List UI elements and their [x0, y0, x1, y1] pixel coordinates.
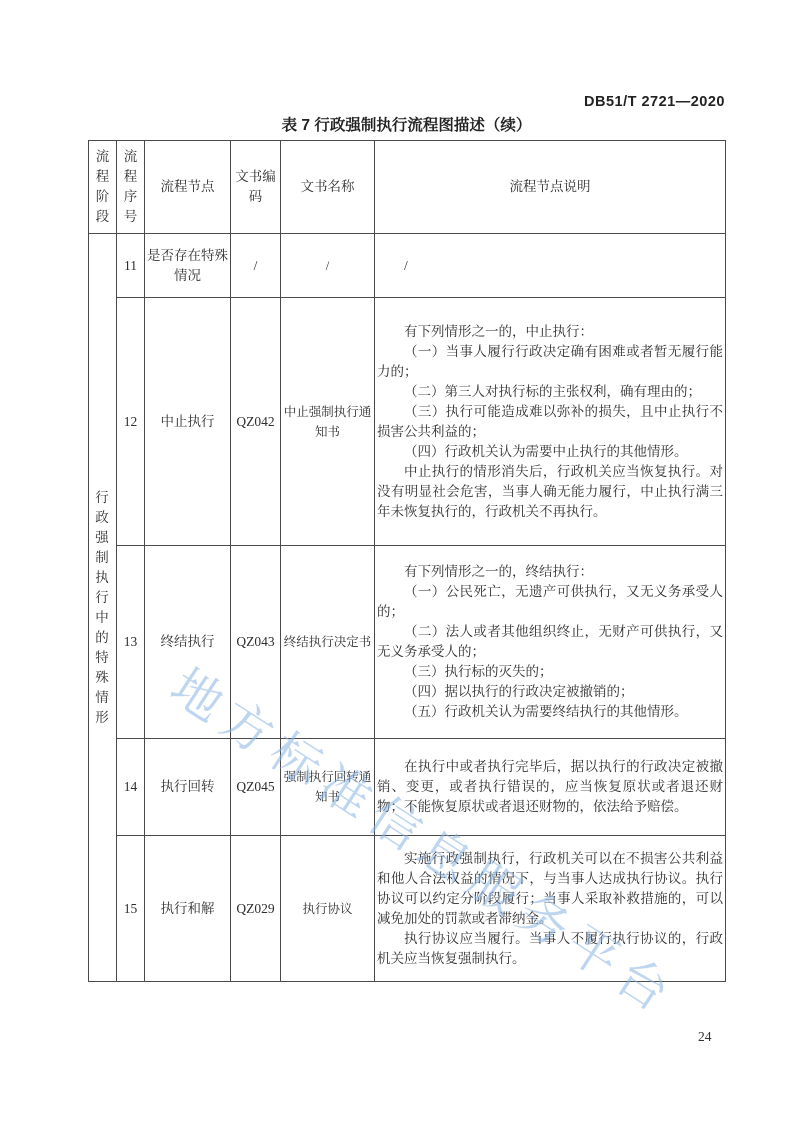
standard-number: DB51/T 2721—2020	[0, 94, 725, 110]
node-cell: 执行回转	[145, 739, 231, 836]
desc-paragraph: （四）行政机关认为需要中止执行的其他情形。	[377, 442, 723, 462]
header-seq: 流程序号	[117, 141, 145, 234]
doc-code-cell: QZ042	[231, 298, 281, 546]
table-row-12: 12 中止执行 QZ042 中止强制执行通知书 有下列情形之一的，中止执行： （…	[89, 298, 726, 546]
seq-cell: 11	[117, 234, 145, 298]
seq-cell: 13	[117, 546, 145, 739]
header-node: 流程节点	[145, 141, 231, 234]
desc-paragraph: 中止执行的情形消失后，行政机关应当恢复执行。对没有明显社会危害，当事人确无能力履…	[377, 462, 723, 522]
doc-code-cell: QZ043	[231, 546, 281, 739]
table-row-11: 行政强制执行中的特殊情形 11 是否存在特殊情况 / / /	[89, 234, 726, 298]
desc-paragraph: （四）据以执行的行政决定被撤销的；	[377, 682, 723, 702]
node-cell: 中止执行	[145, 298, 231, 546]
doc-code-cell: QZ045	[231, 739, 281, 836]
header-doc-code: 文书编码	[231, 141, 281, 234]
table-row-15: 15 执行和解 QZ029 执行协议 实施行政强制执行，行政机关可以在不损害公共…	[89, 836, 726, 982]
desc-paragraph: （五）行政机关认为需要终结执行的其他情形。	[377, 702, 723, 722]
desc-paragraph: （一）公民死亡，无遗产可供执行，又无义务承受人的；	[377, 582, 723, 622]
desc-paragraph: （二）第三人对执行标的主张权利，确有理由的；	[377, 382, 723, 402]
header-row: 流程阶段 流程序号 流程节点 文书编码 文书名称 流程节点说明	[89, 141, 726, 234]
seq-cell: 12	[117, 298, 145, 546]
doc-name-cell: 强制执行回转通知书	[281, 739, 375, 836]
doc-name-cell: 执行协议	[281, 836, 375, 982]
desc-paragraph: （二）法人或者其他组织终止，无财产可供执行，又无义务承受人的；	[377, 622, 723, 662]
node-cell: 终结执行	[145, 546, 231, 739]
desc-paragraph: 实施行政强制执行，行政机关可以在不损害公共利益和他人合法权益的情况下，与当事人达…	[377, 849, 723, 929]
desc-cell: 有下列情形之一的，中止执行： （一）当事人履行行政决定确有困难或者暂无履行能力的…	[375, 298, 726, 546]
seq-cell: 14	[117, 739, 145, 836]
desc-paragraph: （三）执行标的灭失的；	[377, 662, 723, 682]
desc-cell: 在执行中或者执行完毕后，据以执行的行政决定被撤销、变更，或者执行错误的，应当恢复…	[375, 739, 726, 836]
desc-paragraph: （三）执行可能造成难以弥补的损失，且中止执行不损害公共利益的；	[377, 402, 723, 442]
seq-cell: 15	[117, 836, 145, 982]
desc-cell: 有下列情形之一的，终结执行： （一）公民死亡，无遗产可供执行，又无义务承受人的；…	[375, 546, 726, 739]
table-row-13: 13 终结执行 QZ043 终结执行决定书 有下列情形之一的，终结执行： （一）…	[89, 546, 726, 739]
doc-name-cell: /	[281, 234, 375, 298]
table-title: 表 7 行政强制执行流程图描述（续）	[88, 113, 725, 135]
desc-paragraph: /	[377, 256, 723, 276]
desc-cell: /	[375, 234, 726, 298]
doc-code-cell: /	[231, 234, 281, 298]
desc-paragraph: 执行协议应当履行。当事人不履行执行协议的，行政机关应当恢复强制执行。	[377, 929, 723, 969]
stage-cell: 行政强制执行中的特殊情形	[89, 234, 117, 982]
doc-name-cell: 中止强制执行通知书	[281, 298, 375, 546]
flow-description-table: 流程阶段 流程序号 流程节点 文书编码 文书名称 流程节点说明 行政强制执行中的…	[88, 140, 726, 982]
desc-paragraph: 在执行中或者执行完毕后，据以执行的行政决定被撤销、变更，或者执行错误的，应当恢复…	[377, 757, 723, 817]
header-node-desc: 流程节点说明	[375, 141, 726, 234]
table-row-14: 14 执行回转 QZ045 强制执行回转通知书 在执行中或者执行完毕后，据以执行…	[89, 739, 726, 836]
document-page: DB51/T 2721—2020 表 7 行政强制执行流程图描述（续） 流程阶段…	[0, 0, 793, 1122]
desc-paragraph: 有下列情形之一的，终结执行：	[377, 562, 723, 582]
header-stage: 流程阶段	[89, 141, 117, 234]
desc-cell: 实施行政强制执行，行政机关可以在不损害公共利益和他人合法权益的情况下，与当事人达…	[375, 836, 726, 982]
doc-code-cell: QZ029	[231, 836, 281, 982]
page-number: 24	[698, 1029, 712, 1045]
desc-paragraph: （一）当事人履行行政决定确有困难或者暂无履行能力的；	[377, 342, 723, 382]
node-cell: 是否存在特殊情况	[145, 234, 231, 298]
desc-paragraph: 有下列情形之一的，中止执行：	[377, 322, 723, 342]
node-cell: 执行和解	[145, 836, 231, 982]
header-doc-name: 文书名称	[281, 141, 375, 234]
doc-name-cell: 终结执行决定书	[281, 546, 375, 739]
